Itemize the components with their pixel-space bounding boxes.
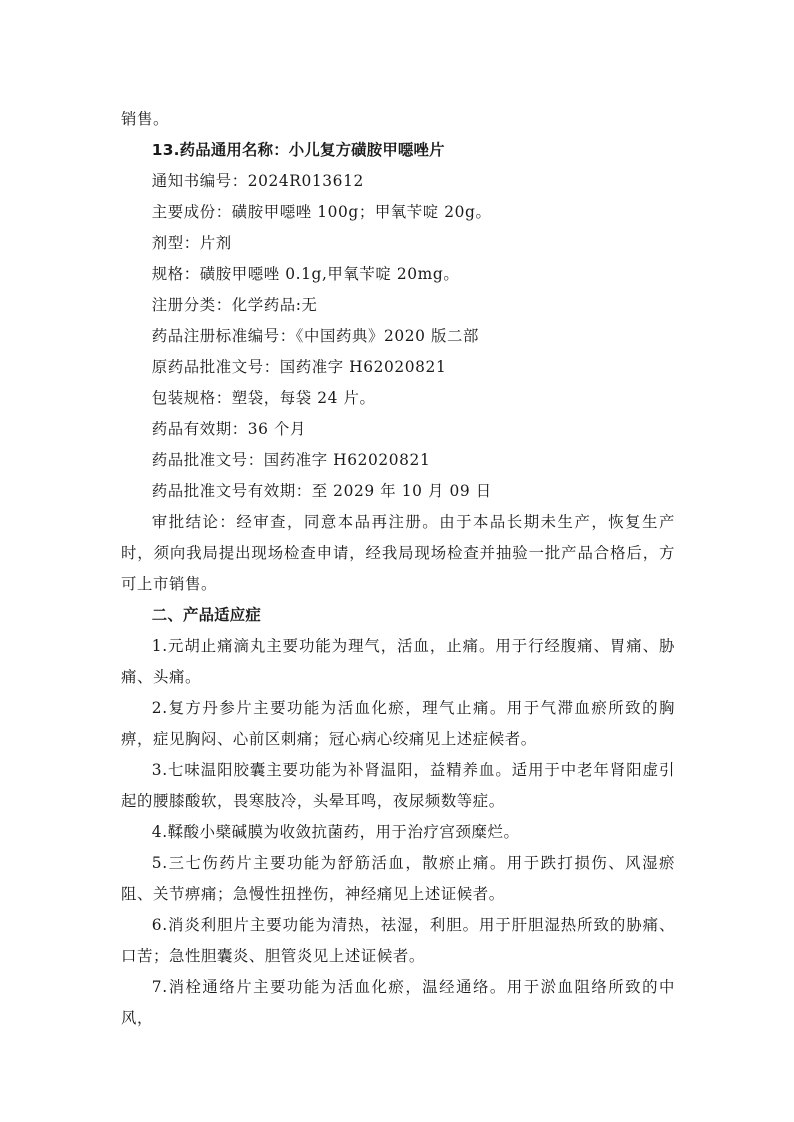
drug-item-heading: 13.药品通用名称：小儿复方磺胺甲噁唑片 [121, 135, 675, 166]
shelf-life: 药品有效期：36 个月 [121, 414, 675, 445]
indication-item: 2.复方丹参片主要功能为活血化瘀，理气止痛。用于气滞血瘀所致的胸痹，症见胸闷、心… [121, 693, 675, 755]
approval-number: 药品批准文号：国药准字 H62020821 [121, 445, 675, 476]
indication-item: 4.鞣酸小檗碱膜为收敛抗菌药，用于治疗宫颈糜烂。 [121, 817, 675, 848]
notice-number: 通知书编号：2024R013612 [121, 166, 675, 197]
approval-conclusion: 审批结论：经审查，同意本品再注册。由于本品长期未生产，恢复生产时，须向我局提出现… [121, 507, 675, 600]
indication-item: 5.三七伤药片主要功能为舒筋活血，散瘀止痛。用于跌打损伤、风湿瘀阻、关节痹痛；急… [121, 848, 675, 910]
specification: 规格：磺胺甲噁唑 0.1g,甲氧苄啶 20mg。 [121, 259, 675, 290]
packaging-spec: 包装规格：塑袋，每袋 24 片。 [121, 383, 675, 414]
document-page: 销售。 13.药品通用名称：小儿复方磺胺甲噁唑片 通知书编号：2024R0136… [121, 104, 675, 1034]
dosage-form: 剂型：片剂 [121, 228, 675, 259]
registration-standard: 药品注册标准编号：《中国药典》2020 版二部 [121, 321, 675, 352]
indication-item: 3.七味温阳胶囊主要功能为补肾温阳，益精养血。适用于中老年肾阳虚引起的腰膝酸软，… [121, 755, 675, 817]
section-heading-indications: 二、产品适应症 [121, 600, 675, 631]
continuation-text: 销售。 [121, 104, 675, 135]
original-approval-number: 原药品批准文号：国药准字 H62020821 [121, 352, 675, 383]
registration-category: 注册分类：化学药品:无 [121, 290, 675, 321]
indication-item: 1.元胡止痛滴丸主要功能为理气，活血，止痛。用于行经腹痛、胃痛、胁痛、头痛。 [121, 631, 675, 693]
main-ingredients: 主要成份：磺胺甲噁唑 100g；甲氧苄啶 20g。 [121, 197, 675, 228]
approval-validity: 药品批准文号有效期：至 2029 年 10 月 09 日 [121, 476, 675, 507]
indication-item: 7.消栓通络片主要功能为活血化瘀，温经通络。用于淤血阻络所致的中风， [121, 972, 675, 1034]
indication-item: 6.消炎利胆片主要功能为清热，祛湿，利胆。用于肝胆湿热所致的胁痛、口苦；急性胆囊… [121, 910, 675, 972]
